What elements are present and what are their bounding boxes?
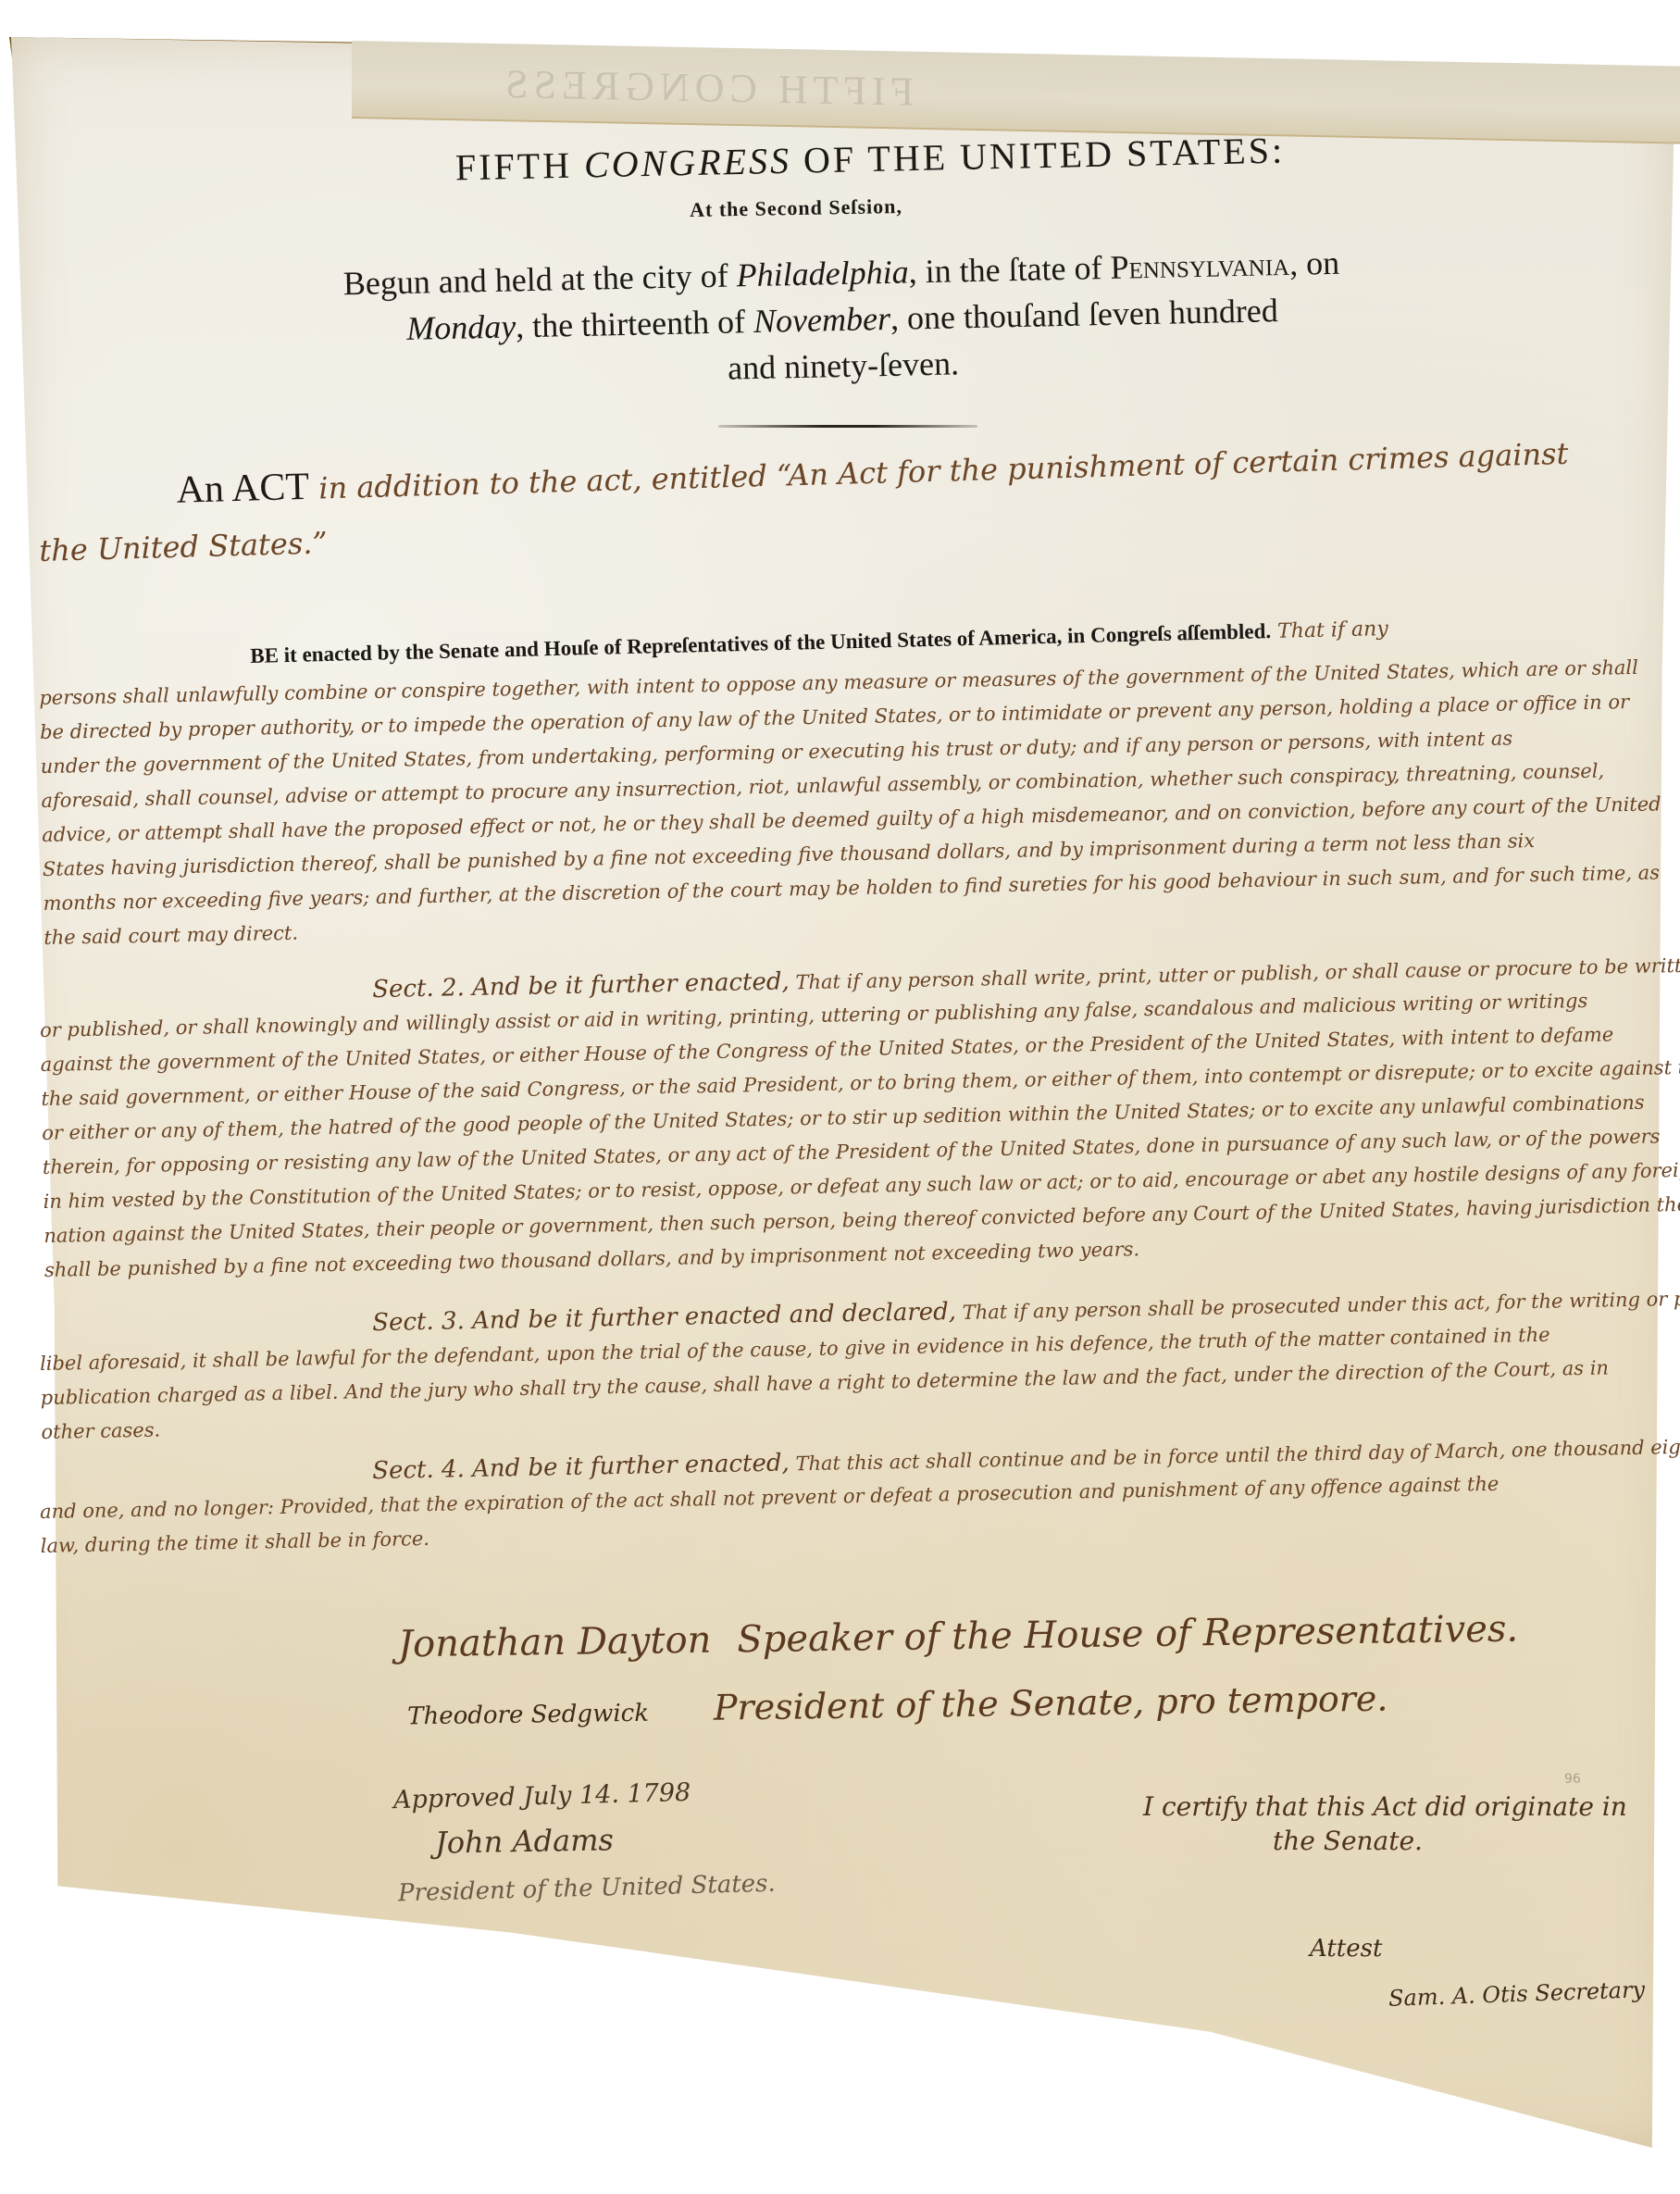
header-divider	[718, 425, 977, 428]
section-heading: Sect. 4. And be it further enacted,	[372, 1449, 790, 1485]
act-label: An ACT	[176, 466, 310, 512]
senate-president-signature: Theodore Sedgwick	[407, 1700, 649, 1731]
section-2: Sect. 2. And be it further enacted, That…	[39, 949, 1655, 1288]
bleed-through-text: FIFTH CONGRESS	[500, 60, 914, 116]
section-heading: Sect. 2. And be it further enacted,	[372, 967, 790, 1004]
attest-label: Attest	[1310, 1935, 1382, 1963]
speaker-signature: Jonathan Dayton	[398, 1619, 712, 1666]
archive-number: 96	[1564, 1772, 1581, 1787]
president-signature: John Adams	[435, 1822, 615, 1860]
senate-certification: I certify that this Act did originate in…	[1143, 1791, 1627, 1856]
convening-statement: Begun and held at the city of Philadelph…	[166, 236, 1520, 404]
section-1: persons shall unlawfully combine or cons…	[39, 651, 1654, 955]
